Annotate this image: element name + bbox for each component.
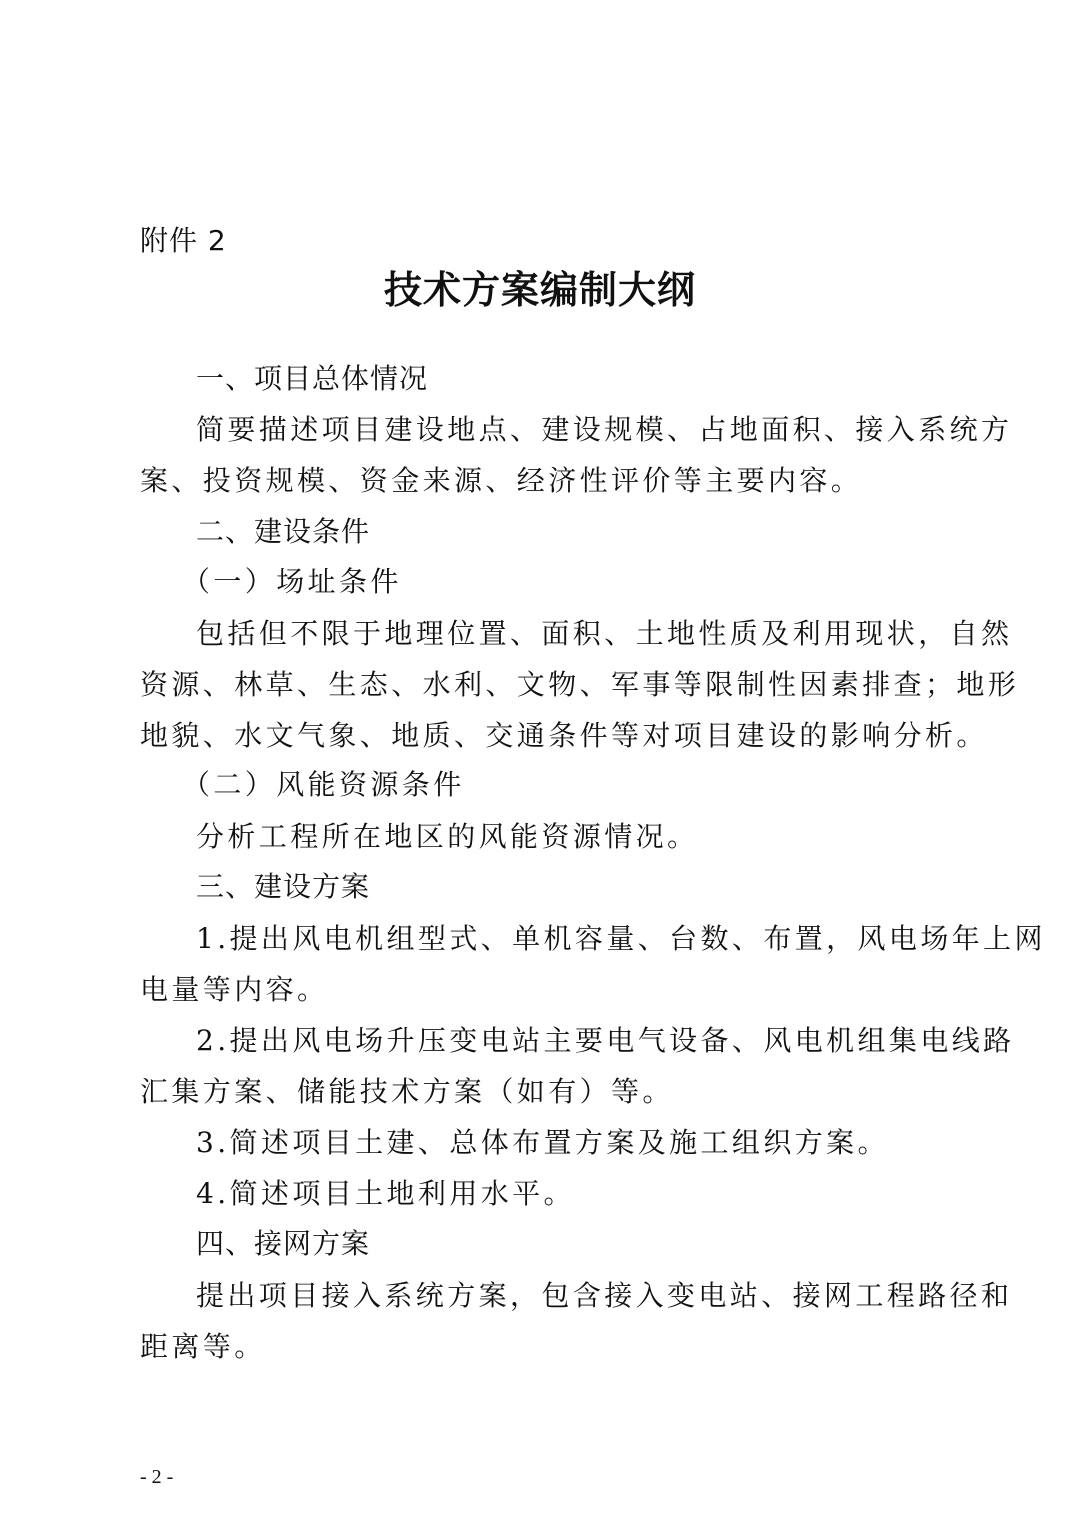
section-heading-1: 一、项目总体情况 xyxy=(196,362,428,396)
page-number: - 2 - xyxy=(140,1465,173,1489)
paragraph-line: 距离等。 xyxy=(140,1330,266,1364)
subsection-heading-2: （二）风能资源条件 xyxy=(182,768,465,802)
section-heading-3: 三、建设方案 xyxy=(196,870,370,904)
paragraph-line: 资源、林草、生态、水利、文物、军事等限制性因素排查；地形 xyxy=(140,668,1019,702)
section-heading-4: 四、接网方案 xyxy=(196,1227,370,1261)
section-heading-2: 二、建设条件 xyxy=(196,515,370,549)
paragraph-line: 汇集方案、储能技术方案（如有）等。 xyxy=(140,1075,674,1109)
paragraph-line: 2.提出风电场升压变电站主要电气设备、风电机组集电线路 xyxy=(196,1024,1015,1058)
paragraph-line: 电量等内容。 xyxy=(140,973,328,1007)
paragraph-line: 包括但不限于地理位置、面积、土地性质及利用现状，自然 xyxy=(196,617,1012,651)
paragraph-line: 简要描述项目建设地点、建设规模、占地面积、接入系统方 xyxy=(196,413,1012,447)
attachment-label: 附件 2 xyxy=(140,224,227,258)
paragraph-line: 分析工程所在地区的风能资源情况。 xyxy=(196,820,698,854)
document-title: 技术方案编制大纲 xyxy=(0,266,1080,314)
paragraph-line: 4.简述项目土地利用水平。 xyxy=(196,1177,575,1211)
paragraph-line: 1.提出风电机组型式、单机容量、台数、布置，风电场年上网 xyxy=(196,922,1046,956)
paragraph-line: 提出项目接入系统方案，包含接入变电站、接网工程路径和 xyxy=(196,1279,1012,1313)
subsection-heading-1: （一）场址条件 xyxy=(182,565,402,599)
paragraph-line: 地貌、水文气象、地质、交通条件等对项目建设的影响分析。 xyxy=(140,719,988,753)
paragraph-line: 3.简述项目土建、总体布置方案及施工组织方案。 xyxy=(196,1126,889,1160)
paragraph-line: 案、投资规模、资金来源、经济性评价等主要内容。 xyxy=(140,464,862,498)
